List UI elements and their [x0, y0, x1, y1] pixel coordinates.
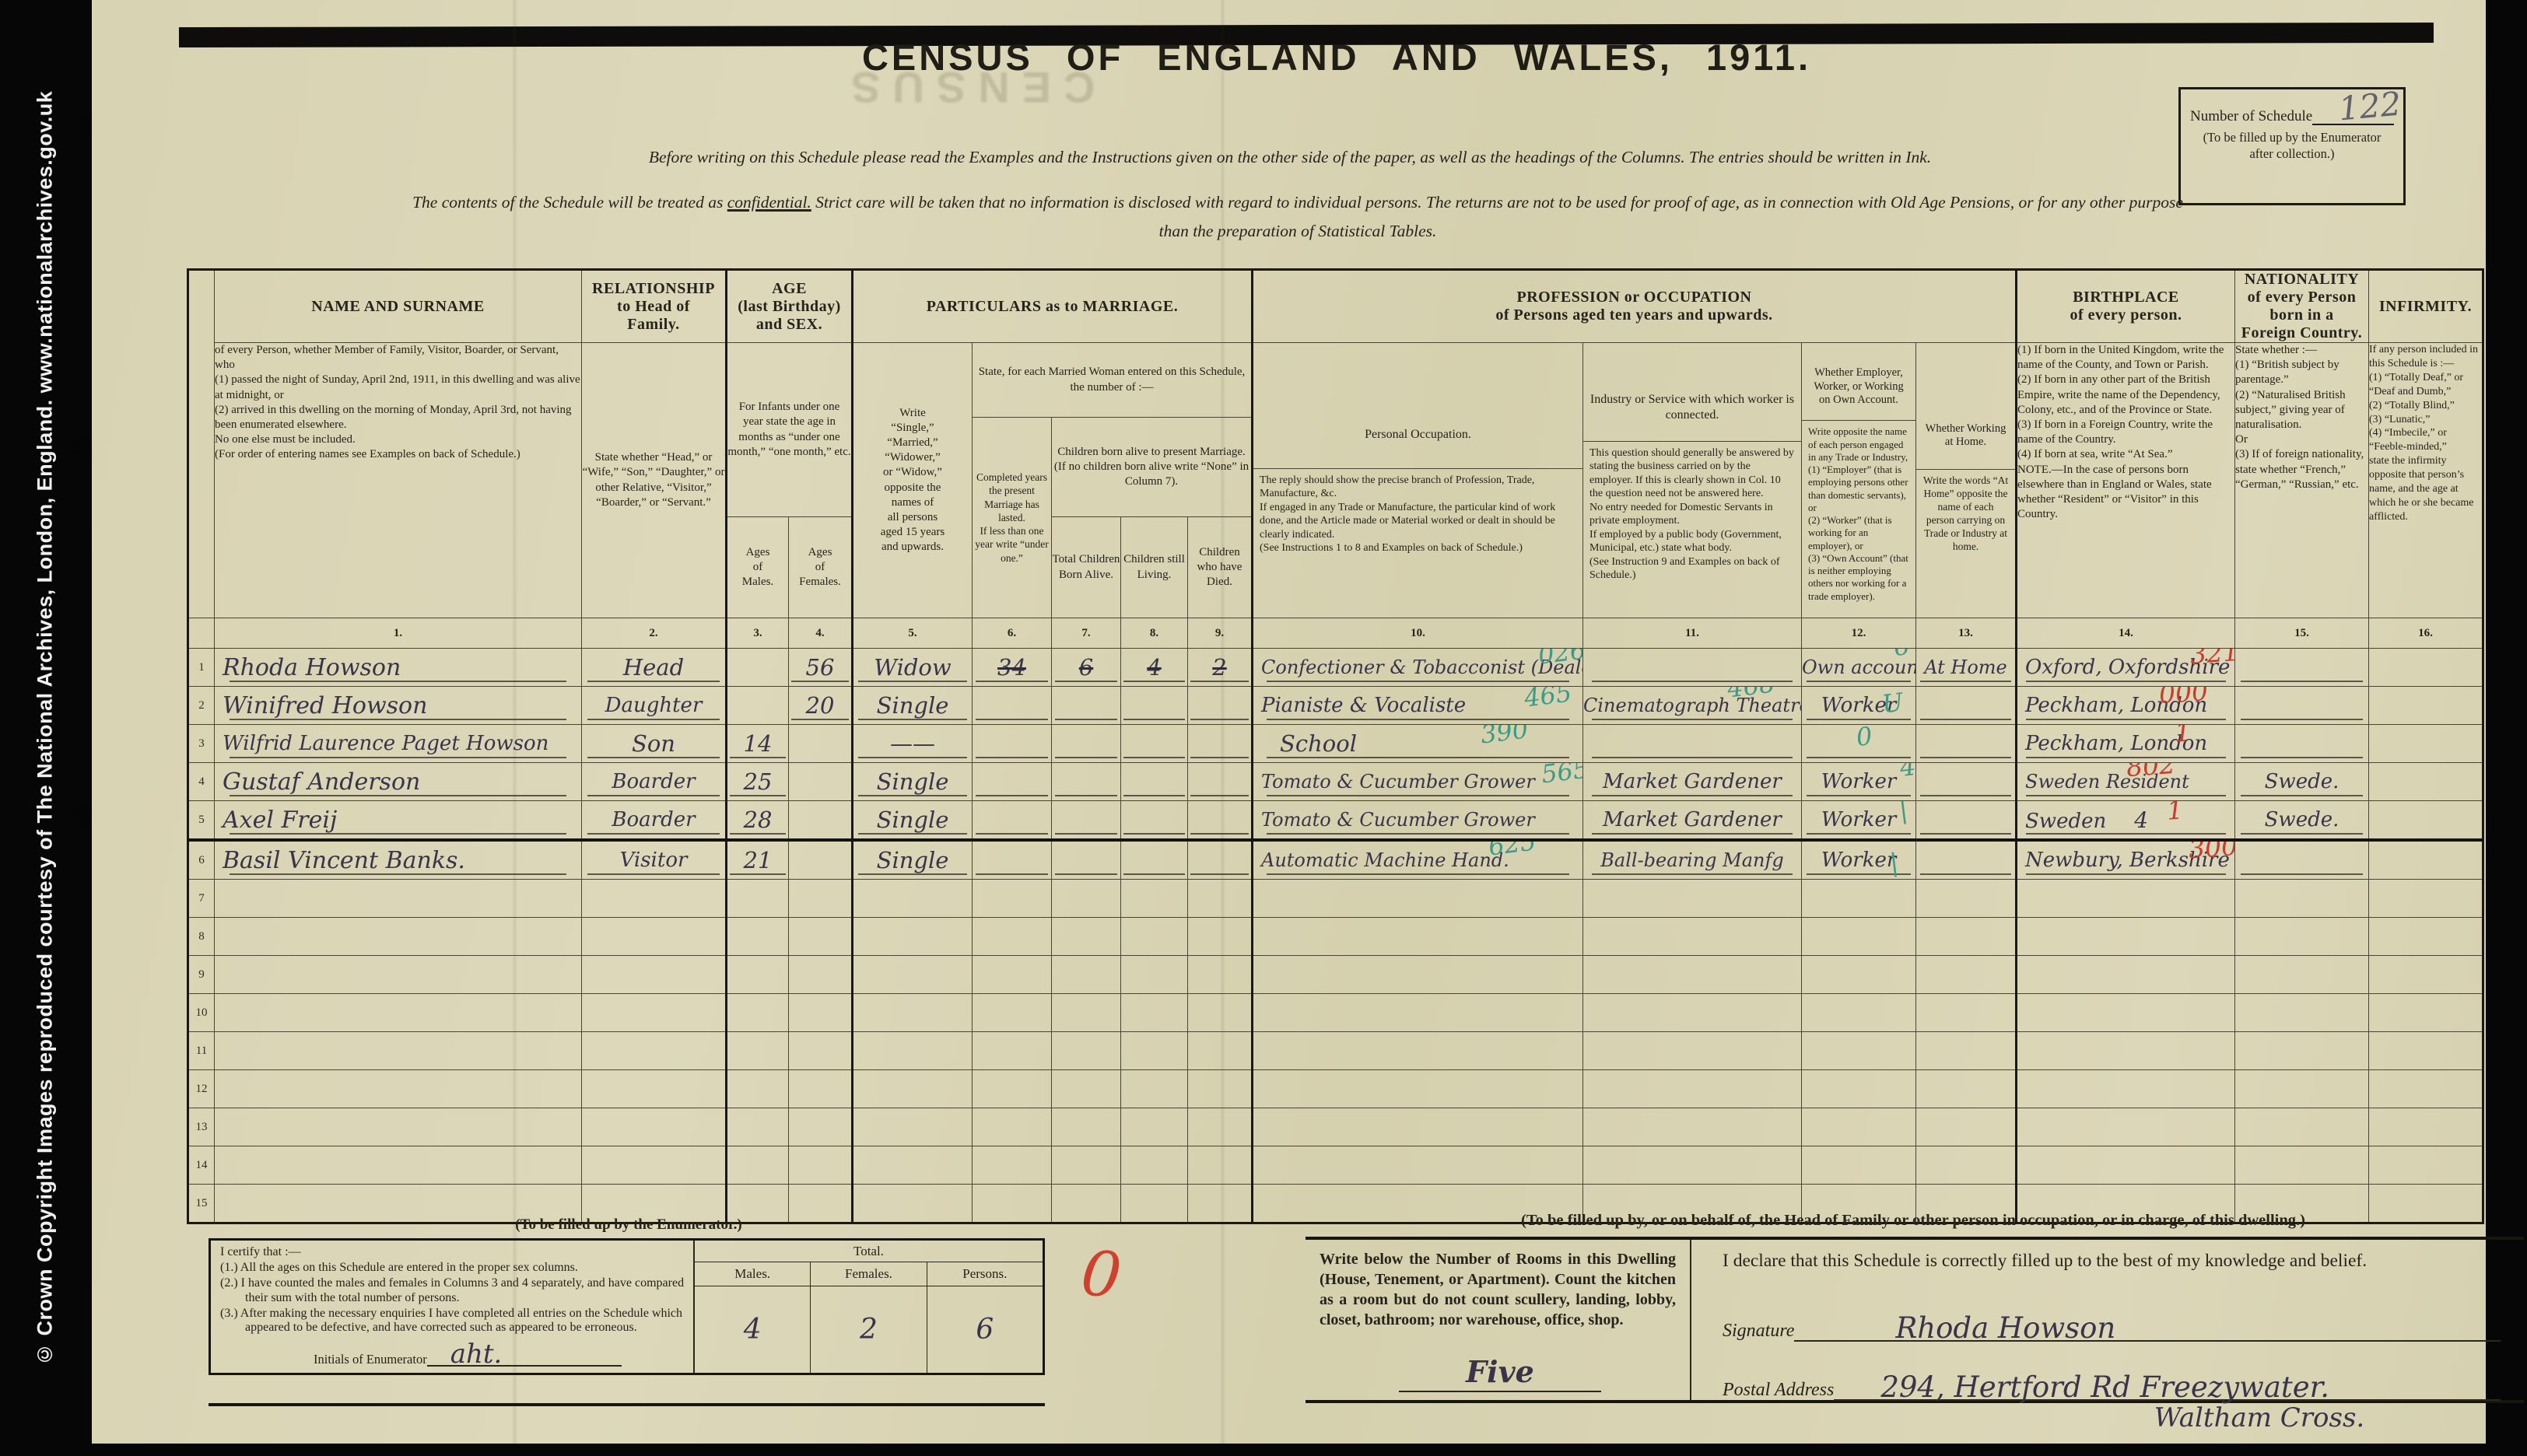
col-number: 15. [2235, 618, 2369, 649]
signature-line: Rhoda Howson [1794, 1306, 2501, 1342]
row-number: 6 [188, 840, 215, 880]
years-married-notes: Completed years the present Marriage has… [973, 418, 1052, 618]
children-died-cell [1188, 725, 1253, 763]
name-cell: Wilfrid Laurence Paget Howson [215, 725, 582, 763]
instruction-line-1: Before writing on this Schedule please r… [294, 148, 2286, 167]
row-number: 10 [188, 994, 215, 1032]
table-row: 12 [188, 1070, 2483, 1108]
signature-label: Signature [1723, 1321, 1794, 1342]
industry-cell: Market Gardener [1583, 801, 1802, 841]
schedule-number-line: 122 [2312, 100, 2394, 125]
employment-cell: WorkerU [1802, 687, 1916, 725]
clerk-code-green: 465 [1523, 687, 1573, 713]
age-males-cell: 14 [727, 725, 789, 763]
table-row: 11 [188, 1032, 2483, 1070]
nationality-column-notes: State whether :— (1) “British subject by… [2235, 343, 2369, 618]
certify-intro: I certify that :— [220, 1245, 685, 1260]
census-schedule-scan: © Crown Copyright Images reproduced cour… [0, 0, 2527, 1456]
row-number: 1 [188, 649, 215, 687]
employment-cell: 0 [1802, 725, 1916, 763]
name-cell: Axel Freij [215, 801, 582, 841]
col-relationship-head: RELATIONSHIP to Head of Family. [582, 270, 727, 343]
females-label: Females. [811, 1262, 927, 1286]
postal-address-value: 294, Hertford Rd Freezywater. [1880, 1370, 2329, 1404]
employment-notes: Write opposite the name of each person e… [1802, 421, 1915, 607]
row-number: 9 [188, 956, 215, 994]
at-home-cell [1916, 801, 2017, 841]
infirmity-cell [2369, 763, 2483, 801]
schedule-number-box: Number of Schedule 122 (To be filled up … [2178, 87, 2406, 205]
children-living-cell [1121, 687, 1188, 725]
table-row: 4 Gustaf Anderson Boarder 25 Single Toma… [188, 763, 2483, 801]
declaration-box: Write below the Number of Rooms in this … [1306, 1237, 2524, 1403]
industry-cell: Market Gardener [1583, 763, 1802, 801]
employment-cell: Own account6 [1802, 649, 1916, 687]
industry-cell [1583, 725, 1802, 763]
marriage-group-head: PARTICULARS as to MARRIAGE. [853, 270, 1253, 343]
table-row: 9 [188, 956, 2483, 994]
row-number: 13 [188, 1108, 215, 1146]
employment-cell: Worker| [1802, 840, 1916, 880]
postal-address-line: 294, Hertford Rd Freezywater. [1834, 1365, 2501, 1401]
children-born-cell [1052, 840, 1121, 880]
at-home-cell [1916, 725, 2017, 763]
males-total-cell: 4 [695, 1286, 811, 1373]
at-home-cell [1916, 763, 2017, 801]
profession-group-head: PROFESSION or OCCUPATION of Persons aged… [1253, 270, 2017, 343]
industry-cell [1583, 649, 1802, 687]
col-number: 14. [2017, 618, 2235, 649]
punch-hole [70, 804, 92, 828]
age-females-cell [789, 763, 853, 801]
census-table: NAME AND SURNAME RELATIONSHIP to Head of… [187, 268, 2484, 1224]
col-age-head: AGE (last Birthday) and SEX. [727, 270, 853, 343]
birthplace-cell: Sweden Resident802 [2017, 763, 2235, 801]
clerk-code-green: 625 [1487, 840, 1537, 862]
table-row: 13 [188, 1108, 2483, 1146]
birthplace-cell: Sweden41 [2017, 801, 2235, 841]
children-born-cell [1052, 801, 1121, 841]
col-number: 10. [1253, 618, 1583, 649]
col-number: 7. [1052, 618, 1121, 649]
signature-value: Rhoda Howson [1895, 1311, 2115, 1345]
birthplace-cell: Oxford, Oxfordshire321 [2017, 649, 2235, 687]
children-living-cell [1121, 763, 1188, 801]
clerk-check-mark-red: 0 [1078, 1237, 1124, 1313]
occupation-cell: Tomato & Cucumber Grower [1253, 801, 1583, 841]
col-number: 11. [1583, 618, 1802, 649]
infirmity-cell [2369, 687, 2483, 725]
employment-status-column: Whether Employer, Worker, or Working on … [1802, 343, 1916, 618]
relationship-cell: Boarder [582, 763, 727, 801]
name-cell: Rhoda Howson [215, 649, 582, 687]
infirmity-column-notes: If any person included in this Schedule … [2369, 343, 2483, 618]
ink-mark: 4 [2134, 807, 2148, 833]
marital-cell: Single [853, 840, 973, 880]
infirmity-cell [2369, 840, 2483, 880]
marital-cell: —— [853, 725, 973, 763]
children-living-cell [1121, 725, 1188, 763]
at-home-subhead: Whether Working at Home. [1916, 402, 2015, 470]
relationship-cell: Visitor [582, 840, 727, 880]
col-number: 5. [853, 618, 973, 649]
col-number: 16. [2369, 618, 2483, 649]
table-row: 5 Axel Freij Boarder 28 Single Tomato & … [188, 801, 2483, 841]
col-number: 8. [1121, 618, 1188, 649]
industry-notes: This question should generally be answer… [1583, 442, 1801, 587]
clerk-mark-green: | [1888, 847, 1900, 877]
table-row: 2 Winifred Howson Daughter 20 Single Pia… [188, 687, 2483, 725]
row-number-column-header [188, 270, 215, 618]
children-born-cell [1052, 725, 1121, 763]
years-married-cell [973, 725, 1052, 763]
row-number: 5 [188, 801, 215, 841]
rooms-value: Five [1466, 1354, 1534, 1389]
schedule-number-label: Number of Schedule [2190, 108, 2312, 125]
occupation-notes: The reply should show the precise branch… [1253, 469, 1582, 560]
age-females-cell [789, 840, 853, 880]
relationship-cell: Boarder [582, 801, 727, 841]
table-row: 8 [188, 918, 2483, 956]
relationship-column-notes: State whether “Head,” or “Wife,” “Son,” … [582, 343, 727, 618]
rooms-note: Write below the Number of Rooms in this … [1320, 1251, 1676, 1328]
infirmity-cell [2369, 801, 2483, 841]
nationality-cell: Swede. [2235, 763, 2369, 801]
nationality-cell: Swede. [2235, 801, 2369, 841]
clerk-code-red: 802 [2126, 763, 2177, 783]
totals-table: Total. Males. Females. Persons. 4 2 6 [693, 1241, 1043, 1373]
table-row: 14 [188, 1146, 2483, 1185]
years-married-cell [973, 801, 1052, 841]
nationality-cell [2235, 649, 2369, 687]
postal-address-label: Postal Address [1723, 1380, 1834, 1401]
row-number: 7 [188, 880, 215, 918]
instruction-line-2: The contents of the Schedule will be tre… [201, 193, 2395, 241]
industry-subhead: Industry or Service with which worker is… [1583, 374, 1801, 442]
children-group-note: Children born alive to present Marriage.… [1052, 418, 1253, 517]
instruction-2-line2: than the preparation of Statistical Tabl… [201, 222, 2395, 241]
working-at-home-column: Whether Working at Home. Write the words… [1916, 343, 2017, 618]
row-number: 11 [188, 1032, 215, 1070]
nationality-cell [2235, 725, 2369, 763]
postal-address-line-2: Waltham Cross. [2018, 1402, 2501, 1433]
clerk-code-red: 300 [2188, 840, 2235, 864]
col-nationality-head: NATIONALITY of every Person born in a Fo… [2235, 270, 2369, 343]
children-living-cell [1121, 801, 1188, 841]
nationality-cell [2235, 840, 2369, 880]
occupation-cell: School390 [1253, 725, 1583, 763]
at-home-cell [1916, 687, 2017, 725]
children-living-cell [1121, 840, 1188, 880]
birthplace-cell: Newbury, Berkshire300 [2017, 840, 2235, 880]
children-died-cell: 2 [1188, 649, 1253, 687]
row-number: 15 [188, 1185, 215, 1223]
rooms-box: Write below the Number of Rooms in this … [1306, 1240, 1691, 1400]
row-number: 4 [188, 763, 215, 801]
age-females-cell: 56 [789, 649, 853, 687]
col-birthplace-head: BIRTHPLACE of every person. [2017, 270, 2235, 343]
declaration-statement: I declare that this Schedule is correctl… [1723, 1251, 2501, 1272]
birthplace-cell: Peckham, London1 [2017, 725, 2235, 763]
children-born-cell [1052, 763, 1121, 801]
children-living-label: Children still Living. [1121, 517, 1188, 618]
marital-cell: Widow [853, 649, 973, 687]
row-number: 2 [188, 687, 215, 725]
industry-column: Industry or Service with which worker is… [1583, 343, 1802, 618]
occupation-cell: Tomato & Cucumber Grower565 [1253, 763, 1583, 801]
enumerator-section-heading: (To be filled up by the Enumerator.) [247, 1216, 1010, 1234]
clerk-code-red: 1 [2166, 801, 2185, 826]
infirmity-cell [2369, 725, 2483, 763]
name-cell: Gustaf Anderson [215, 763, 582, 801]
clerk-mark-green: 0 [1854, 725, 1873, 753]
table-row: 1 Rhoda Howson Head 56 Widow 34 6 4 2 Co… [188, 649, 2483, 687]
years-married-cell [973, 763, 1052, 801]
marital-cell: Single [853, 687, 973, 725]
table-row: 7 [188, 880, 2483, 918]
col-number: 6. [973, 618, 1052, 649]
instruction-2-prefix: The contents of the Schedule will be tre… [412, 193, 727, 212]
occupation-subhead: Personal Occupation. [1253, 401, 1582, 469]
col-infirmity-head: INFIRMITY. [2369, 270, 2483, 343]
years-married-cell [973, 840, 1052, 880]
certify-item-1: (1.) All the ages on this Schedule are e… [220, 1261, 685, 1276]
employment-cell: Worker| [1802, 801, 1916, 841]
table-row: 6 Basil Vincent Banks. Visitor 21 Single… [188, 840, 2483, 880]
enumerator-certification: I certify that :— (1.) All the ages on t… [211, 1241, 693, 1373]
age-males-cell [727, 649, 789, 687]
years-married-cell: 34 [973, 649, 1052, 687]
col-number: 4. [789, 618, 853, 649]
name-column-notes: of every Person, whether Member of Famil… [215, 343, 582, 618]
employment-cell: Worker4 [1802, 763, 1916, 801]
occupation-cell: Pianiste & Vocaliste465 [1253, 687, 1583, 725]
col-number: 2. [582, 618, 727, 649]
age-column-notes: For Infants under one year state the age… [727, 343, 853, 517]
age-females-cell [789, 801, 853, 841]
children-died-label: Children who have Died. [1188, 517, 1253, 618]
clerk-code-red: 1 [2174, 725, 2192, 748]
row-number: 3 [188, 725, 215, 763]
children-died-cell [1188, 840, 1253, 880]
age-males-cell: 21 [727, 840, 789, 880]
declaration-section-heading: (To be filled up by, or on behalf of, th… [1302, 1212, 2525, 1230]
clerk-code-red: 000 [2158, 687, 2210, 710]
years-married-cell [973, 687, 1052, 725]
age-males-cell [727, 687, 789, 725]
initials-line: aht. [427, 1339, 622, 1367]
table-row: 3 Wilfrid Laurence Paget Howson Son 14 —… [188, 725, 2483, 763]
schedule-number-value: 122 [2337, 85, 2403, 128]
row-number: 14 [188, 1146, 215, 1185]
instruction-2-rest: Strict care will be taken that no inform… [811, 193, 2183, 212]
industry-cell: Ball-bearing Manfg [1583, 840, 1802, 880]
relationship-cell: Head [582, 649, 727, 687]
col-name-head: NAME AND SURNAME [215, 270, 582, 343]
children-died-cell [1188, 801, 1253, 841]
col-number: 13. [1916, 618, 2017, 649]
clerk-code-red: 321 [2189, 649, 2235, 670]
at-home-cell: At Home [1916, 649, 2017, 687]
children-born-cell [1052, 687, 1121, 725]
females-total-cell: 2 [811, 1286, 927, 1373]
col-number: 12. [1802, 618, 1916, 649]
table-row: 10 [188, 994, 2483, 1032]
clerk-mark-green: 6 [1891, 649, 1911, 663]
at-home-notes: Write the words “At Home” opposite the n… [1916, 470, 2015, 558]
persons-total-cell: 6 [927, 1286, 1043, 1373]
industry-cell: Cinematograph Theatre468 [1583, 687, 1802, 725]
nationality-cell [2235, 687, 2369, 725]
clerk-mark-green: | [1898, 801, 1909, 825]
certify-item-2: (2.) I have counted the males and female… [220, 1276, 685, 1306]
total-label: Total. [695, 1241, 1043, 1262]
name-cell: Basil Vincent Banks. [215, 840, 582, 880]
rule-under-enumerator-box [209, 1403, 1045, 1406]
birthplace-column-notes: (1) If born in the United Kingdom, write… [2017, 343, 2235, 618]
persons-label: Persons. [927, 1262, 1043, 1286]
age-males-cell: 25 [727, 763, 789, 801]
children-born-cell: 6 [1052, 649, 1121, 687]
clerk-code-green: 390 [1479, 725, 1530, 750]
page-title: CENSUS OF ENGLAND AND WALES, 1911. [636, 36, 2037, 79]
at-home-cell [1916, 840, 2017, 880]
clerk-mark-green: U [1880, 687, 1905, 719]
birthplace-cell: Peckham, London000 [2017, 687, 2235, 725]
name-cell: Winifred Howson [215, 687, 582, 725]
enumerator-box: I certify that :— (1.) All the ages on t… [209, 1238, 1045, 1375]
children-died-cell [1188, 763, 1253, 801]
punch-hole [72, 437, 93, 460]
col-number: 9. [1188, 618, 1253, 649]
occupation-cell: Automatic Machine Hand.625 [1253, 840, 1583, 880]
ages-females-label: Ages of Females. [789, 517, 853, 618]
confidential-word: confidential. [727, 193, 811, 212]
marital-cell: Single [853, 801, 973, 841]
relationship-cell: Daughter [582, 687, 727, 725]
column-number-row: 1. 2. 3. 4. 5. 6. 7. 8. 9. 10. 11. 12. 1… [188, 618, 2483, 649]
row-number: 12 [188, 1070, 215, 1108]
rooms-value-line: Five [1399, 1353, 1601, 1392]
marital-condition-notes: Write “Single,” “Married,” “Widower,” or… [853, 343, 973, 618]
marital-cell: Single [853, 763, 973, 801]
certify-item-3: (3.) After making the necessary enquirie… [220, 1307, 685, 1336]
married-woman-group-note: State, for each Married Woman entered on… [973, 343, 1253, 418]
initials-label: Initials of Enumerator [314, 1352, 427, 1367]
infirmity-cell [2369, 649, 2483, 687]
children-died-cell [1188, 687, 1253, 725]
col-number: 3. [727, 618, 789, 649]
copyright-sidebar: © Crown Copyright Images reproduced cour… [2, 0, 89, 1456]
males-label: Males. [695, 1262, 811, 1286]
age-females-cell [789, 725, 853, 763]
age-males-cell: 28 [727, 801, 789, 841]
clerk-mark-green: 4 [1898, 763, 1915, 783]
employment-subhead: Whether Employer, Worker, or Working on … [1802, 353, 1915, 421]
declaration-content: I declare that this Schedule is correctl… [1691, 1240, 2524, 1400]
row-number: 8 [188, 918, 215, 956]
occupation-column: Personal Occupation. The reply should sh… [1253, 343, 1583, 618]
initials-value: aht. [450, 1339, 503, 1370]
ages-males-label: Ages of Males. [727, 517, 789, 618]
col-number: 1. [215, 618, 582, 649]
paper: CENSUS CENSUS OF ENGLAND AND WALES, 1911… [92, 0, 2486, 1444]
clerk-code-green: 565 [1540, 763, 1583, 789]
occupation-cell: Confectioner & Tobacconist (Dealer)026 [1253, 649, 1583, 687]
children-living-cell: 4 [1121, 649, 1188, 687]
children-born-label: Total Children Born Alive. [1052, 517, 1121, 618]
age-females-cell: 20 [789, 687, 853, 725]
relationship-cell: Son [582, 725, 727, 763]
